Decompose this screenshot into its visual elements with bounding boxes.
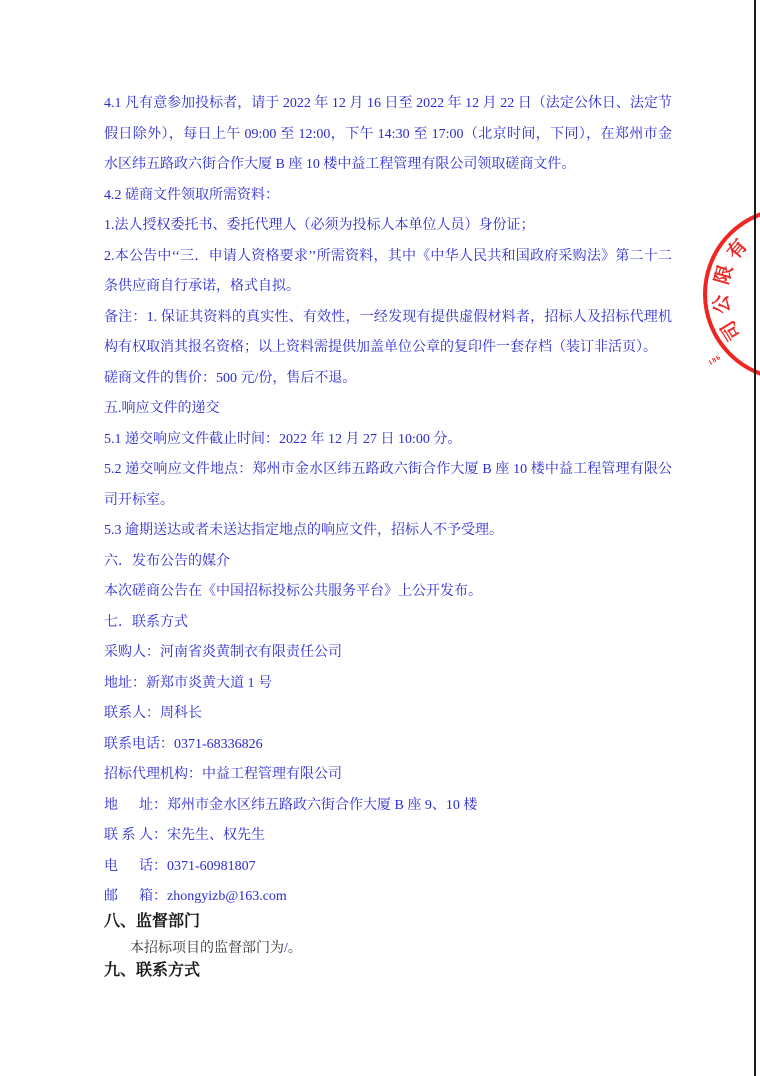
paragraph: 采购人：河南省炎黄制衣有限责任公司	[104, 638, 672, 669]
paragraph: 备注：1. 保证其资料的真实性、有效性，一经发现有提供虚假材料者，招标人及招标代…	[104, 303, 672, 364]
paragraph: 联系人：周科长	[104, 699, 672, 730]
section-heading: 九、联系方式	[104, 958, 672, 984]
document-body: 4.1 凡有意参加投标者，请于 2022 年 12 月 16 日至 2022 年…	[0, 0, 672, 984]
paragraph: 本次磋商公告在《中国招标投标公共服务平台》上公开发布。	[104, 577, 672, 608]
text-segment: 本招标项目的监督部门为	[130, 941, 284, 956]
page-right-border	[754, 0, 756, 1076]
section-heading: 八、监督部门	[104, 909, 672, 935]
paragraph: 六．发布公告的媒介	[104, 547, 672, 578]
paragraph: 4.2 磋商文件领取所需资料：	[104, 181, 672, 212]
paragraph: 联 系 人：宋先生、权先生	[104, 821, 672, 852]
paragraph: 5.2 递交响应文件地点：郑州市金水区纬五路政六街合作大厦 B 座 10 楼中益…	[104, 455, 672, 516]
paragraph: 磋商文件的售价：500 元/份，售后不退。	[104, 364, 672, 395]
paragraph: 五.响应文件的递交	[104, 394, 672, 425]
paragraph: 4.1 凡有意参加投标者，请于 2022 年 12 月 16 日至 2022 年…	[104, 89, 672, 181]
paragraph: 2.本公告中‘‘三．申请人资格要求’’所需资料，其中《中华人民共和国政府采购法》…	[104, 242, 672, 303]
paragraph: 地址：新郑市炎黄大道 1 号	[104, 669, 672, 700]
seal-character: 限	[711, 261, 738, 288]
paragraph: 地 址：郑州市金水区纬五路政六街合作大厦 B 座 9、10 楼	[104, 791, 672, 822]
seal-ring-icon	[703, 207, 760, 381]
seal-character: 司	[717, 315, 747, 345]
seal-serial-number: 186	[707, 353, 723, 367]
seal-character: 有	[723, 235, 754, 266]
text-segment: 。	[288, 941, 302, 956]
paragraph: 电 话：0371-60981807	[104, 852, 672, 883]
paragraph: 5.3 逾期送达或者未送达指定地点的响应文件，招标人不予受理。	[104, 516, 672, 547]
paragraph: 联系电话：0371-68336826	[104, 730, 672, 761]
seal-character: 公	[711, 292, 736, 317]
paragraph: 招标代理机构：中益工程管理有限公司	[104, 760, 672, 791]
paragraph: 5.1 递交响应文件截止时间：2022 年 12 月 27 日 10:00 分。	[104, 425, 672, 456]
paragraph: 七．联系方式	[104, 608, 672, 639]
document-page: 4.1 凡有意参加投标者，请于 2022 年 12 月 16 日至 2022 年…	[0, 0, 760, 1076]
paragraph: 1.法人授权委托书、委托代理人（必须为投标人本单位人员）身份证；	[104, 211, 672, 242]
